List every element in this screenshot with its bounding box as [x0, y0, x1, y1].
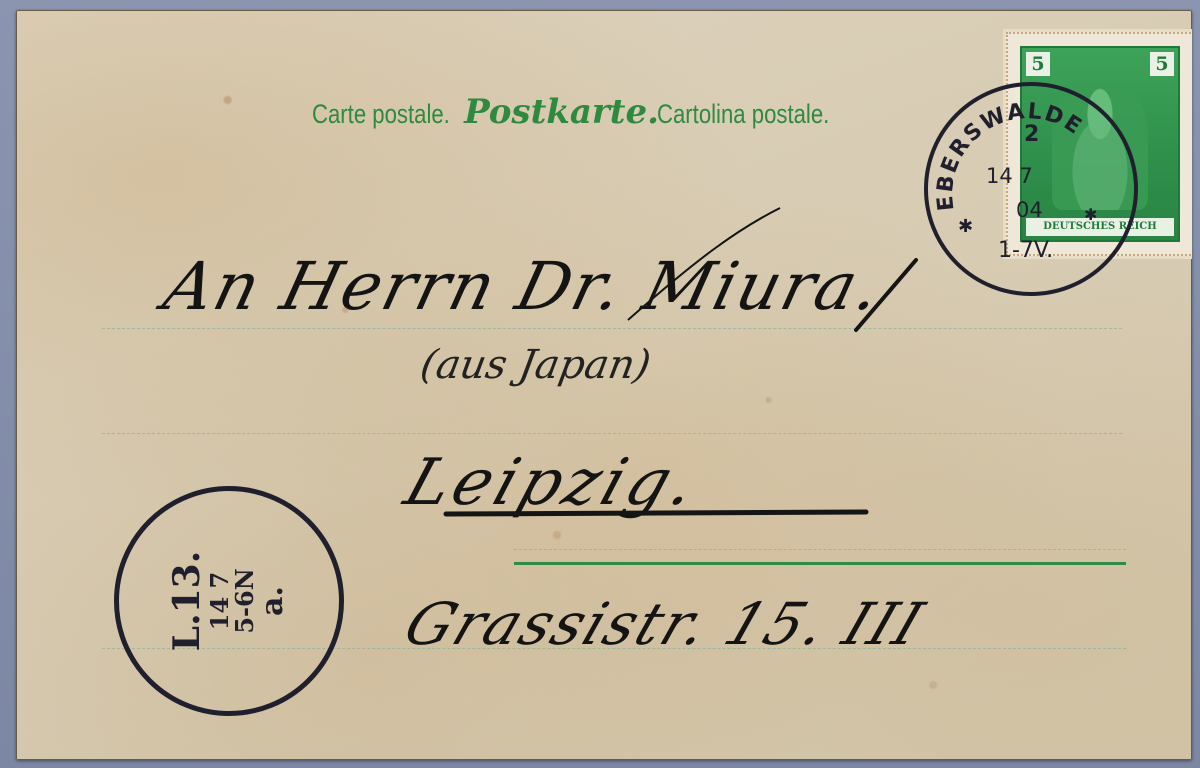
ink-strokes: [16, 10, 1192, 760]
pen-stroke-m: [856, 260, 916, 330]
city-underline-stroke: [446, 512, 866, 514]
pen-flourish: [628, 208, 780, 320]
postcard: Carte postale. Postkarte. Cartolina post…: [16, 10, 1192, 760]
